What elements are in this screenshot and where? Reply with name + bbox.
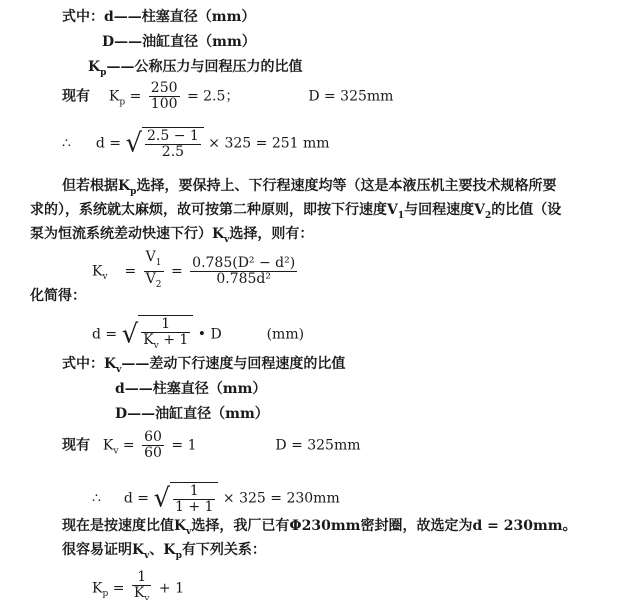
formula-kv: Kv = V1V2 = 0.785(D² − d²)0.785d² <box>92 250 300 293</box>
paragraph-line: 但若根据Kp选择，要保持上、下行程速度均等（这是本液压机主要技术规格所要 <box>62 177 556 201</box>
paragraph-line: 求的），系统就太麻烦，故可按第二种原则，即按下行速度V1与回程速度V2的比值（设 <box>30 201 561 225</box>
calc-d-from-kv: ∴ d = √11 + 1 × 325 = 230mm <box>92 482 340 515</box>
calc-kv: 现有 Kv = 6060 = 1 D = 325mm <box>62 430 361 461</box>
definition-Kp: Kp——公称压力与回程压力的比值 <box>88 58 302 82</box>
definition-d: 式中：d——柱塞直径（mm） <box>62 8 255 26</box>
simplify-label: 化简得： <box>30 287 86 305</box>
paragraph-line: 现在是按速度比值Kv选择，我厂已有Φ230mm密封圈，故选定为d = 230mm… <box>62 517 577 541</box>
formula-d: d = √1Kv + 1 • D (mm) <box>92 315 304 354</box>
where-label: 式中： <box>62 9 104 25</box>
paragraph-line: 很容易证明Kv、Kp有下列关系： <box>62 541 266 565</box>
sqrt: √2.5 − 12.5 <box>125 127 203 160</box>
definition-D: D——油缸直径（mm） <box>115 405 269 423</box>
calc-d-from-kp: ∴ d = √2.5 − 12.5 × 325 = 251 mm <box>62 127 330 160</box>
fraction: 250100 <box>149 81 180 112</box>
definition-D: D——油缸直径（mm） <box>102 33 256 51</box>
paragraph-line: 泵为恒流系统差动快速下行）Kv选择，则有： <box>30 225 313 249</box>
definition-Kv: 式中：Kv——差动下行速度与回程速度的比值 <box>62 355 345 379</box>
formula-kp: Kp = 1Kv + 1 <box>92 570 184 600</box>
definition-d: d——柱塞直径（mm） <box>115 380 266 398</box>
calc-kp: 现有 Kp = 250100 = 2.5； D = 325mm <box>62 81 393 112</box>
